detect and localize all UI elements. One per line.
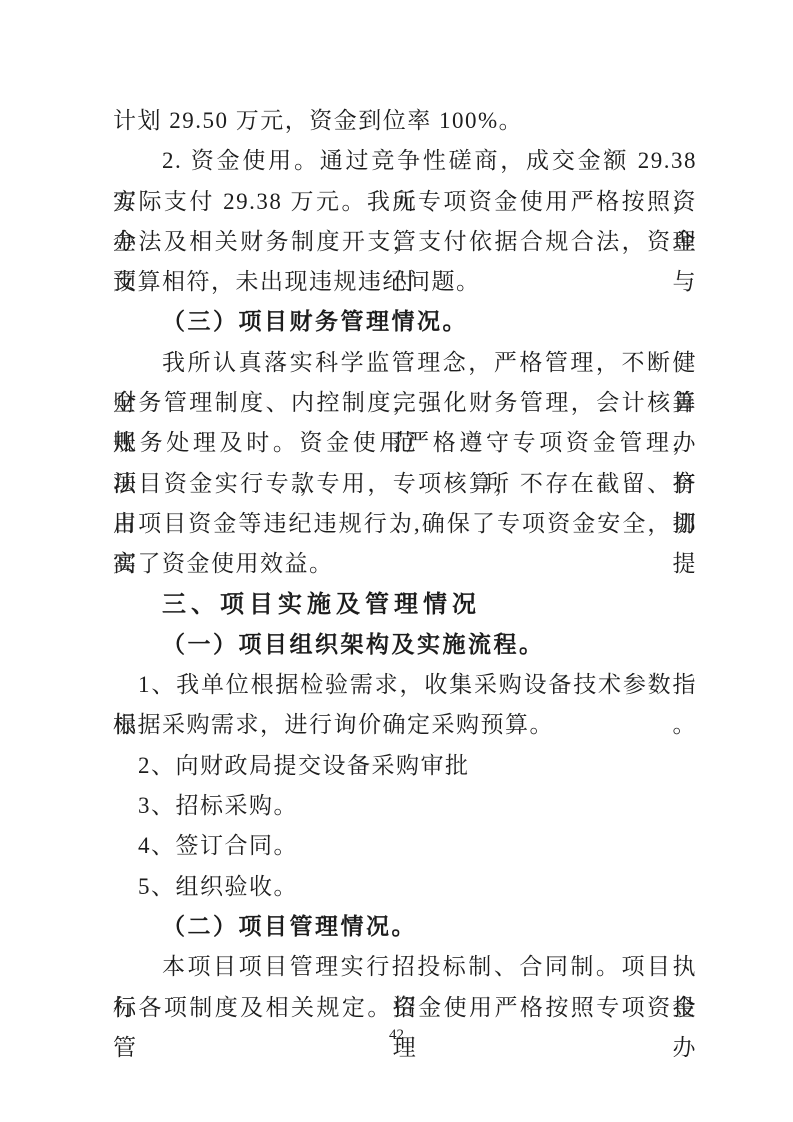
text-line: 2. 资金使用。通过竞争性磋商，成交金额 29.38 万元，	[113, 141, 697, 181]
text-line: 计划 29.50 万元，资金到位率 100%。	[113, 101, 697, 141]
text-line: 本项目项目管理实行招投标制、合同制。项目执行招投	[113, 947, 697, 987]
text-line: 项目资金实行专款专用，专项核算，不存在截留、挤占、挪	[113, 464, 697, 504]
document-body: 计划 29.50 万元，资金到位率 100%。2. 资金使用。通过竞争性磋商，成…	[113, 101, 697, 1028]
text-line: 1、我单位根据检验需求，收集采购设备技术参数指标。	[113, 665, 697, 705]
text-line: 3、招标采购。	[113, 786, 697, 826]
section-heading: 三、项目实施及管理情况	[113, 585, 697, 625]
text-line: 账务处理及时。资金使用严格遵守专项资金管理办法，所有	[113, 423, 697, 463]
subsection-heading: （二）项目管理情况。	[113, 907, 697, 947]
text-line: 我所认真落实科学监管理念，严格管理，不断健全完善	[113, 343, 697, 383]
text-line: 标各项制度及相关规定。资金使用严格按照专项资金管理办	[113, 988, 697, 1028]
text-line: 4、签订合同。	[113, 826, 697, 866]
page-number: 42	[0, 1026, 793, 1044]
text-line: 办法及相关财务制度开支，支付依据合规合法，资金支付与	[113, 222, 697, 262]
text-line: 实际支付 29.38 万元。我所专项资金使用严格按照资金管理	[113, 182, 697, 222]
text-line: 2、向财政局提交设备采购审批	[113, 746, 697, 786]
text-line: 用项目资金等违纪违规行为,确保了专项资金安全，切实提	[113, 504, 697, 544]
subsection-heading: （一）项目组织架构及实施流程。	[113, 625, 697, 665]
text-line: 财务管理制度、内控制度，强化财务管理，会计核算规范，	[113, 383, 697, 423]
document-page: 计划 29.50 万元，资金到位率 100%。2. 资金使用。通过竞争性磋商，成…	[0, 0, 793, 1122]
subsection-heading: （三）项目财务管理情况。	[113, 302, 697, 342]
text-line: 5、组织验收。	[113, 867, 697, 907]
